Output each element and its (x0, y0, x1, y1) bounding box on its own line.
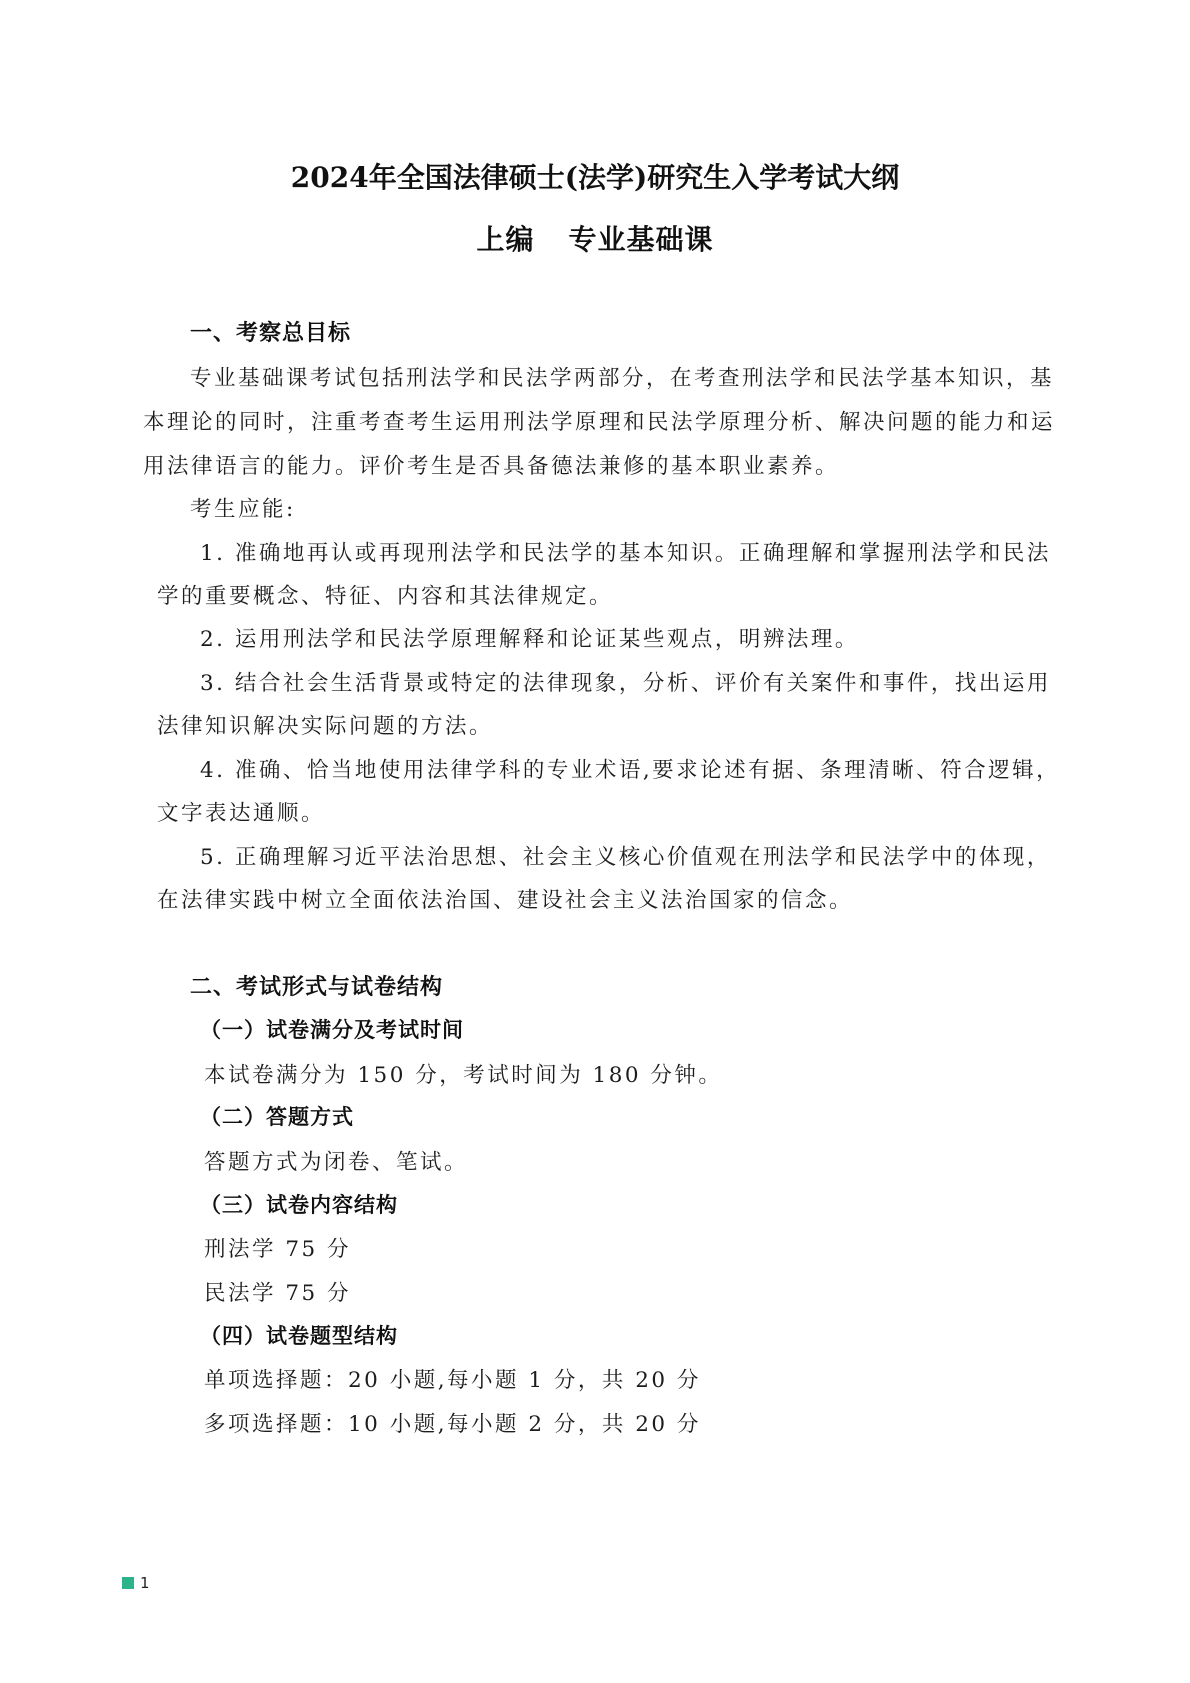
ability-item-4: 4. 准确、恰当地使用法律学科的专业术语,要求论述有据、条理清晰、符合逻辑， (200, 753, 1060, 784)
page-number: 1 (122, 1574, 150, 1592)
page-number-text: 1 (140, 1574, 150, 1592)
subsection-2-heading: （二）答题方式 (200, 1101, 354, 1131)
page-marker-icon (122, 1577, 134, 1589)
content-structure-line: 民法学 75 分 (204, 1276, 351, 1307)
content-structure-line: 刑法学 75 分 (204, 1232, 351, 1263)
ability-item-1: 1. 准确地再认或再现刑法学和民法学的基本知识。正确理解和掌握刑法学和民法 (200, 536, 1051, 567)
paragraph-line: 用法律语言的能力。评价考生是否具备德法兼修的基本职业素养。 (143, 449, 839, 480)
subtitle-part: 上编 (476, 223, 534, 256)
paragraph-line: 专业基础课考试包括刑法学和民法学两部分，在考查刑法学和民法学基本知识，基 (190, 361, 1054, 392)
subsection-2-text: 答题方式为闭卷、笔试。 (204, 1145, 468, 1176)
subsection-3-heading: （三）试卷内容结构 (200, 1189, 398, 1219)
subsection-1-text: 本试卷满分为 150 分，考试时间为 180 分钟。 (204, 1058, 722, 1089)
question-type-line: 单项选择题：20 小题,每小题 1 分，共 20 分 (204, 1363, 701, 1394)
section1-heading: 一、考察总目标 (190, 316, 351, 347)
subsection-1-heading: （一）试卷满分及考试时间 (200, 1014, 464, 1044)
subtitle-course: 专业基础课 (569, 223, 714, 256)
question-type-line: 多项选择题：10 小题,每小题 2 分，共 20 分 (204, 1407, 701, 1438)
paragraph-line: 本理论的同时，注重考查考生运用刑法学原理和民法学原理分析、解决问题的能力和运 (143, 405, 1055, 436)
abilities-label: 考生应能: (190, 492, 296, 523)
section2-heading: 二、考试形式与试卷结构 (190, 970, 443, 1001)
document-subtitle: 上编专业基础课 (0, 218, 1190, 258)
ability-item-2: 2. 运用刑法学和民法学原理解释和论证某些观点，明辨法理。 (200, 622, 859, 653)
document-title: 2024年全国法律硕士(法学)研究生入学考试大纲 (0, 156, 1190, 196)
ability-item-1-cont: 学的重要概念、特征、内容和其法律规定。 (157, 579, 613, 610)
ability-item-3-cont: 法律知识解决实际问题的方法。 (157, 709, 493, 740)
ability-item-3: 3. 结合社会生活背景或特定的法律现象，分析、评价有关案件和事件，找出运用 (200, 666, 1051, 697)
ability-item-5: 5. 正确理解习近平法治思想、社会主义核心价值观在刑法学和民法学中的体现， (200, 840, 1051, 871)
ability-item-4-cont: 文字表达通顺。 (157, 796, 325, 827)
ability-item-5-cont: 在法律实践中树立全面依法治国、建设社会主义法治国家的信念。 (157, 883, 853, 914)
subsection-4-heading: （四）试卷题型结构 (200, 1320, 398, 1350)
